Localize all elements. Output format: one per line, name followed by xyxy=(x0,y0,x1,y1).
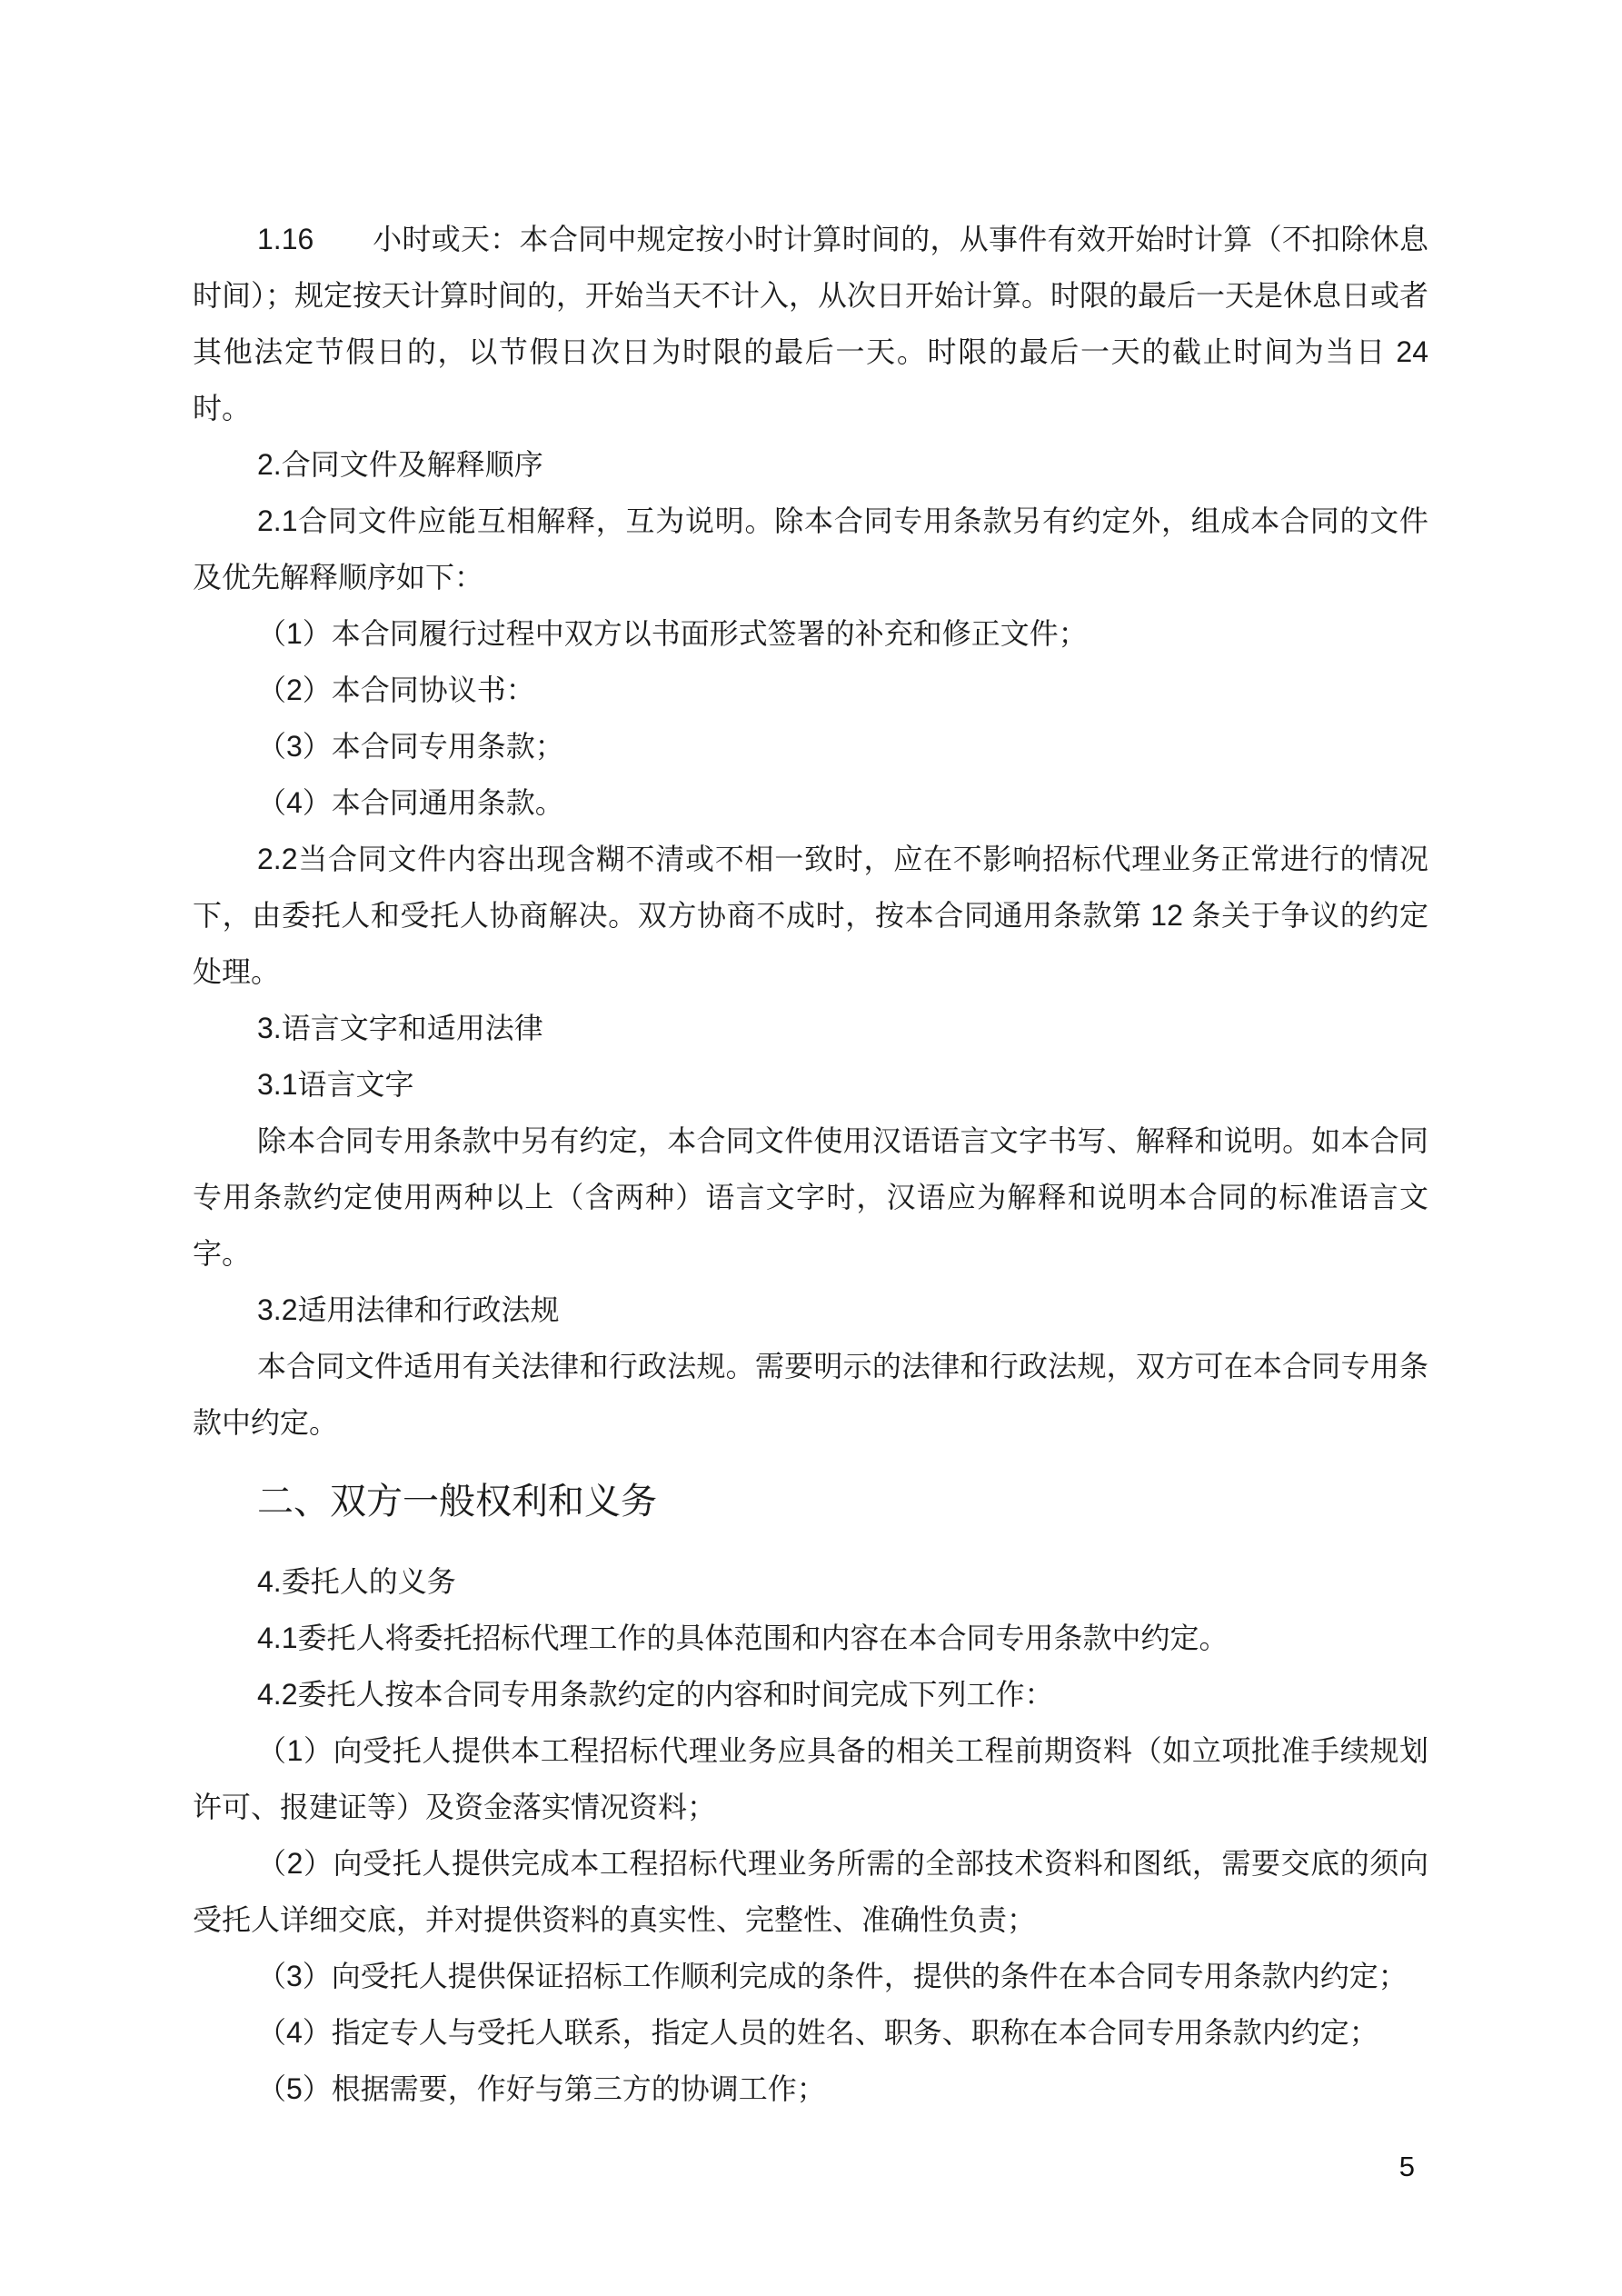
clause-4-2-item-4: （4）指定专人与受托人联系，指定人员的姓名、职务、职称在本合同专用条款内约定； xyxy=(193,2004,1428,2061)
clause-4-2-item-5: （5）根据需要，作好与第三方的协调工作； xyxy=(193,2061,1428,2117)
document-page: 1.16 小时或天：本合同中规定按小时计算时间的，从事件有效开始时计算（不扣除休… xyxy=(0,0,1622,2296)
document-body: 1.16 小时或天：本合同中规定按小时计算时间的，从事件有效开始时计算（不扣除休… xyxy=(193,211,1428,2117)
clause-2-title: 2.合同文件及解释顺序 xyxy=(193,436,1428,493)
clause-2-1-item-4: （4）本合同通用条款。 xyxy=(193,774,1428,831)
clause-2-1-item-3: （3）本合同专用条款； xyxy=(193,718,1428,774)
clause-1-16-hours-or-days: 1.16 小时或天：本合同中规定按小时计算时间的，从事件有效开始时计算（不扣除休… xyxy=(193,211,1428,436)
section-heading-rights-and-obligations: 二、双方一般权利和义务 xyxy=(193,1467,1428,1536)
clause-3-2-title: 3.2适用法律和行政法规 xyxy=(193,1282,1428,1338)
clause-2-1-item-2: （2）本合同协议书： xyxy=(193,662,1428,718)
page-number: 5 xyxy=(1399,2149,1415,2185)
clause-2-1-item-1: （1）本合同履行过程中双方以书面形式签署的补充和修正文件； xyxy=(193,605,1428,662)
clause-4-1: 4.1委托人将委托招标代理工作的具体范围和内容在本合同专用条款中约定。 xyxy=(193,1610,1428,1666)
clause-4-2-item-1: （1）向受托人提供本工程招标代理业务应具备的相关工程前期资料（如立项批准手续规划… xyxy=(193,1722,1428,1835)
clause-4-2: 4.2委托人按本合同专用条款约定的内容和时间完成下列工作： xyxy=(193,1666,1428,1722)
clause-4-title: 4.委托人的义务 xyxy=(193,1553,1428,1610)
clause-2-1: 2.1合同文件应能互相解释，互为说明。除本合同专用条款另有约定外，组成本合同的文… xyxy=(193,493,1428,605)
clause-2-2: 2.2当合同文件内容出现含糊不清或不相一致时，应在不影响招标代理业务正常进行的情… xyxy=(193,831,1428,1000)
clause-3-1-title: 3.1语言文字 xyxy=(193,1056,1428,1113)
clause-3-1-body: 除本合同专用条款中另有约定，本合同文件使用汉语语言文字书写、解释和说明。如本合同… xyxy=(193,1113,1428,1282)
clause-3-2-body: 本合同文件适用有关法律和行政法规。需要明示的法律和行政法规，双方可在本合同专用条… xyxy=(193,1338,1428,1451)
clause-4-2-item-2: （2）向受托人提供完成本工程招标代理业务所需的全部技术资料和图纸，需要交底的须向… xyxy=(193,1835,1428,1948)
clause-3-title: 3.语言文字和适用法律 xyxy=(193,1000,1428,1056)
clause-4-2-item-3: （3）向受托人提供保证招标工作顺利完成的条件，提供的条件在本合同专用条款内约定； xyxy=(193,1948,1428,2004)
